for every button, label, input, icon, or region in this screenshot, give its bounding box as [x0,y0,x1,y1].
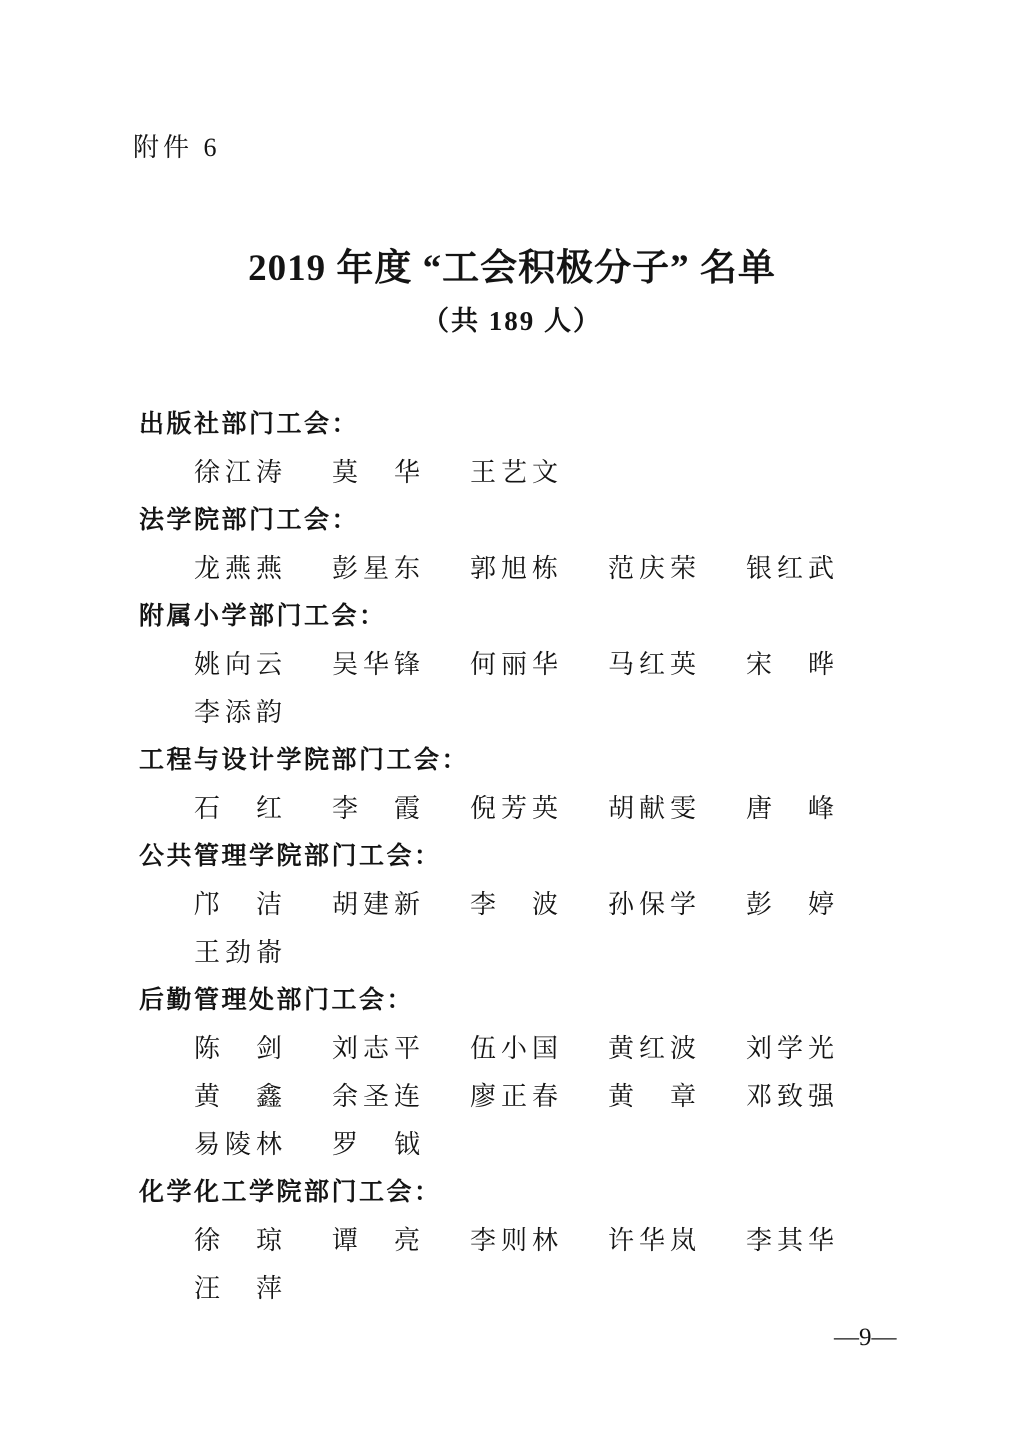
name-row: 龙燕燕 彭星东 郭旭栋 范庆荣 银红武 [132,542,984,590]
name-cell: 吴华锋 [332,644,430,681]
name-cell: 莫 华 [332,452,430,489]
attachment-label: 附件 6 [133,127,221,164]
name-cell: 李 霞 [332,788,430,825]
name-cell: 李 波 [470,884,568,921]
section-header: 出版社部门工会： [132,398,984,446]
name-cell: 李其华 [746,1220,844,1257]
name-row: 徐 琼 谭 亮 李则林 许华岚 李其华 [132,1214,984,1262]
name-cell: 邝 洁 [194,884,292,921]
name-cell: 汪 萍 [194,1268,292,1305]
name-cell: 黄 章 [608,1076,706,1113]
name-cell: 王劲嵛 [194,932,292,969]
name-cell: 谭 亮 [332,1220,430,1257]
document-subtitle: （共 189 人） [0,299,1024,338]
name-cell: 马红英 [608,644,706,681]
name-cell: 倪芳英 [470,788,568,825]
name-cell: 黄 鑫 [194,1076,292,1113]
name-cell: 何丽华 [470,644,568,681]
name-cell: 廖正春 [470,1076,568,1113]
page-number: —9— [834,1324,897,1352]
name-cell: 唐 峰 [746,788,844,825]
name-row: 黄 鑫 余圣连 廖正春 黄 章 邓致强 [132,1070,984,1118]
name-cell: 胡献雯 [608,788,706,825]
section-header: 法学院部门工会： [132,494,984,542]
name-row: 李添韵 [132,686,984,734]
name-cell: 郭旭栋 [470,548,568,585]
section-header: 附属小学部门工会： [132,590,984,638]
name-cell: 易陵林 [194,1124,292,1161]
name-cell: 徐 琼 [194,1220,292,1257]
name-cell: 彭星东 [332,548,430,585]
name-cell: 王艺文 [470,452,568,489]
name-cell: 胡建新 [332,884,430,921]
name-cell: 余圣连 [332,1076,430,1113]
name-cell: 石 红 [194,788,292,825]
document-title: 2019 年度 “工会积极分子” 名单 [0,237,1024,291]
name-row: 徐江涛 莫 华 王艺文 [132,446,984,494]
name-row: 姚向云 吴华锋 何丽华 马红英 宋 晔 [132,638,984,686]
section-header: 化学化工学院部门工会： [132,1166,984,1214]
section-header: 工程与设计学院部门工会： [132,734,984,782]
document-page: 附件 6 2019 年度 “工会积极分子” 名单 （共 189 人） 出版社部门… [0,0,1024,1448]
document-body: 出版社部门工会： 徐江涛 莫 华 王艺文 法学院部门工会： 龙燕燕 彭星东 郭旭… [132,398,984,1310]
name-cell: 伍小国 [470,1028,568,1065]
section-header: 后勤管理处部门工会： [132,974,984,1022]
name-cell: 孙保学 [608,884,706,921]
name-cell: 徐江涛 [194,452,292,489]
name-cell: 银红武 [746,548,844,585]
name-cell: 邓致强 [746,1076,844,1113]
name-cell: 陈 剑 [194,1028,292,1065]
name-cell: 宋 晔 [746,644,844,681]
name-cell: 李则林 [470,1220,568,1257]
name-cell: 许华岚 [608,1220,706,1257]
name-cell: 姚向云 [194,644,292,681]
name-cell: 刘志平 [332,1028,430,1065]
name-row: 易陵林 罗 钺 [132,1118,984,1166]
name-row: 石 红 李 霞 倪芳英 胡献雯 唐 峰 [132,782,984,830]
name-cell: 范庆荣 [608,548,706,585]
name-row: 邝 洁 胡建新 李 波 孙保学 彭 婷 [132,878,984,926]
section-header: 公共管理学院部门工会： [132,830,984,878]
name-cell: 刘学光 [746,1028,844,1065]
name-cell: 李添韵 [194,692,292,729]
name-row: 汪 萍 [132,1262,984,1310]
name-cell: 罗 钺 [332,1124,430,1161]
name-cell: 彭 婷 [746,884,844,921]
name-cell: 黄红波 [608,1028,706,1065]
name-row: 王劲嵛 [132,926,984,974]
name-cell: 龙燕燕 [194,548,292,585]
name-row: 陈 剑 刘志平 伍小国 黄红波 刘学光 [132,1022,984,1070]
